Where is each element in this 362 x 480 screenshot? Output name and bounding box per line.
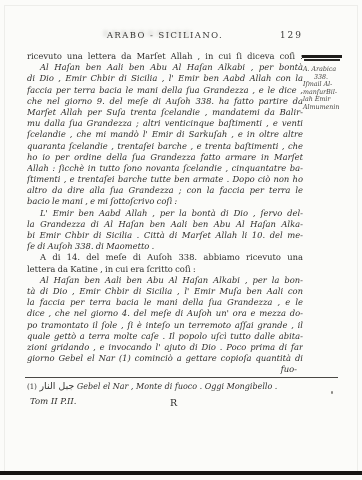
footnote-marker: (1) (27, 383, 37, 391)
text-line: tà di Dio , Emir Chbir di Sicilia , l' E… (27, 286, 303, 297)
text-line: ſe di Auſoh 338. di Maometto . (27, 241, 303, 252)
running-header: ARABO - SICILIANO. 129 (27, 31, 303, 43)
text-line: la faccia per terra bacia le mani della … (27, 297, 303, 308)
text-line: quale gettò a terra molte caſe . Il popo… (27, 331, 303, 342)
text-line: Al Haſan ben Aali ben Abu Al Haſan Alkab… (27, 62, 303, 73)
text-line: ricevuto una lettera da Marſet Allah , i… (27, 51, 303, 62)
header-title: ARABO - SICILIANO. (27, 31, 303, 41)
text-line: dice , che nel giorno 4. del meſe di Auſ… (27, 308, 303, 319)
text-line: lettera da Katine , in cui era ſcritto c… (27, 264, 303, 275)
text-line: che nel giorno 9. del meſe di Auſoh 338.… (27, 96, 303, 107)
footnote-arabic-text: جبل النار (39, 381, 74, 392)
footnote-text: Gebel el Nar , Monte di fuoco . Oggi Mon… (77, 382, 278, 391)
margin-note-line: 338. (303, 74, 360, 82)
book-page: ARABO - SICILIANO. 129 A. Arabica338.Iſm… (0, 0, 362, 480)
text-line: quaranta ſcelandie , trentaſei barche , … (27, 141, 303, 152)
text-line: bacio le mani , e mi ſottoſcrivo coſì : (27, 196, 303, 207)
text-line: A di 14. del meſe di Auſoh 338. abbiamo … (27, 252, 303, 263)
ink-speck (331, 391, 333, 394)
text-line: la Grandezza di Al Haſan ben Aali ben Ab… (27, 219, 303, 230)
text-line: altro da dire alla ſua Grandezza ; con l… (27, 185, 303, 196)
margin-note-line: manſurBil- (303, 89, 360, 97)
catchword: fuo- (27, 364, 303, 374)
margin-note-line: lah Emir (303, 96, 360, 104)
body-text: ricevuto una lettera da Marſet Allah , i… (27, 51, 303, 364)
text-line: Marſet Allah per Suſa trenta ſcelandie ,… (27, 107, 303, 118)
text-line: ſcelandie , che mi mandò l' Emir di Sark… (27, 129, 303, 140)
text-line: di Dio , Emir Chbir di Sicilia , l' Emir… (27, 73, 303, 84)
text-line: ſtimenti , e trentaſei barche tutte ben … (27, 174, 303, 185)
scan-bottom-edge (0, 471, 362, 475)
text-line: zioni gridando , e invocando l' ajuto di… (27, 342, 303, 353)
text-line: po tramontato il ſole , ſi è inteſo un t… (27, 320, 303, 331)
page-number: 129 (280, 31, 303, 41)
text-line: mu dalla ſua Grandezza ; altri venticinq… (27, 118, 303, 129)
text-line: giorno Gebel el Nar (1) cominciò a getta… (27, 353, 303, 364)
text-line: Al Haſan ben Aali ben Abu Al Haſan Alkab… (27, 275, 303, 286)
footnote: (1) جبل النار Gebel el Nar , Monte di fu… (27, 382, 327, 392)
margin-note-line: A. Arabica (303, 66, 360, 74)
margin-rule-bar (302, 55, 342, 58)
margin-rule-bar (304, 59, 340, 61)
text-line: bi Emir Chbir di Sicilia . Città di Marſ… (27, 230, 303, 241)
text-line: Allah : ſicchè in tutto ſono novanta ſce… (27, 163, 303, 174)
margin-double-rule (302, 55, 342, 61)
signature-mark: R (170, 398, 178, 409)
margin-note-line: Iſmail Al- (303, 81, 360, 89)
margin-note-line: Almumenin (303, 104, 360, 112)
text-line: faccia per terra bacia le mani della ſua… (27, 85, 303, 96)
text-line: L' Emir ben Aabd Allah , per la bontà di… (27, 208, 303, 219)
margin-note: A. Arabica338.Iſmail Al-manſurBil-lah Em… (303, 66, 360, 112)
text-line: ho io per ordine della ſua Grandezza fat… (27, 152, 303, 163)
footnote-rule (25, 377, 338, 378)
tome-label: Tom II P.II. (30, 397, 76, 407)
